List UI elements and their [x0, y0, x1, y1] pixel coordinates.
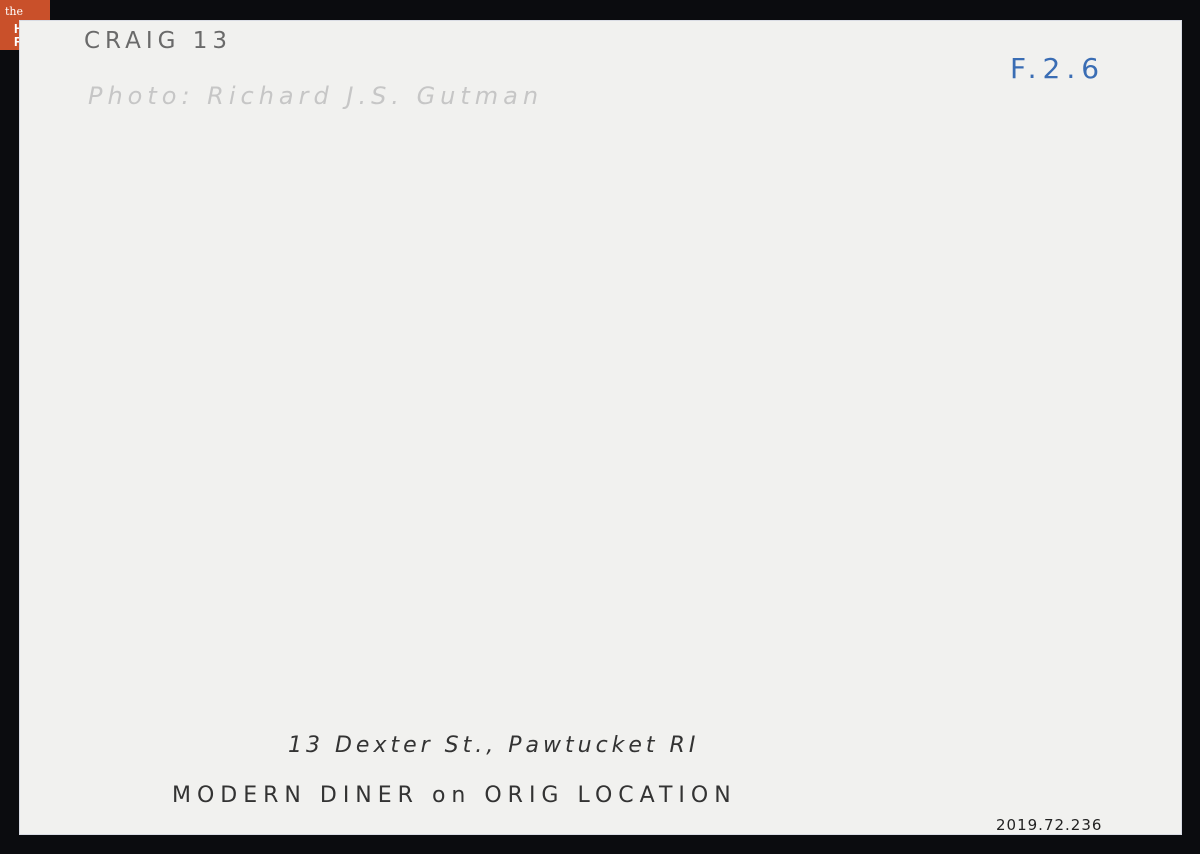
photo-credit: Photo: Richard J.S. Gutman: [88, 82, 543, 110]
address-note: 13 Dexter St., Pawtucket RI: [288, 733, 699, 758]
accession-number: 2019.72.236: [996, 816, 1102, 834]
logo-the: the: [5, 6, 23, 17]
photo-card-back: [19, 20, 1182, 835]
description-note: MODERN DINER on ORIG LOCATION: [172, 783, 737, 808]
top-left-label: CRAIG 13: [84, 28, 232, 54]
file-code: F.2.6: [1010, 52, 1105, 85]
